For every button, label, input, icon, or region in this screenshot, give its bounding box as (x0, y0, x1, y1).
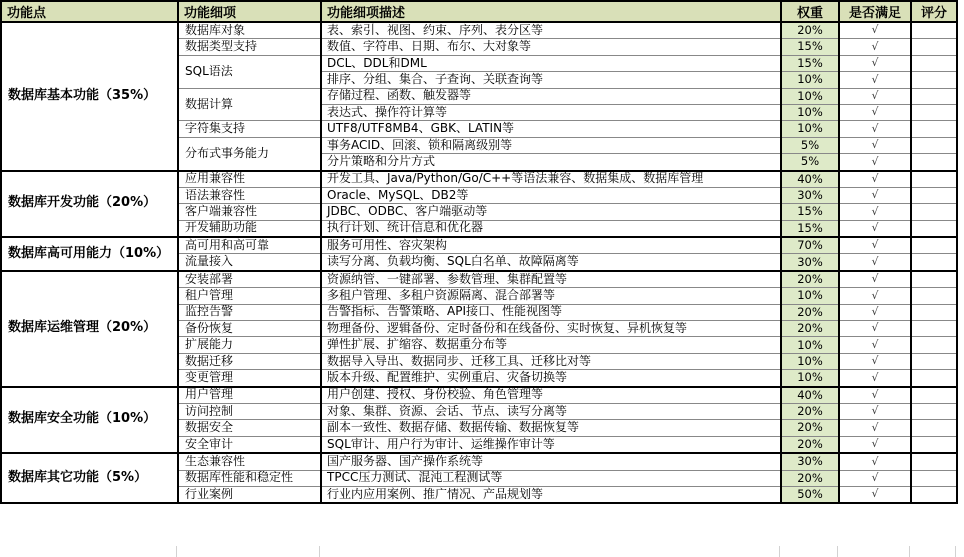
column-header-satisfied[interactable]: 是否满足 (839, 1, 911, 22)
weight-cell[interactable]: 20% (781, 271, 839, 288)
satisfied-checkmark-cell[interactable]: √ (839, 187, 911, 203)
weight-cell[interactable]: 10% (781, 104, 839, 120)
score-cell[interactable] (911, 154, 957, 171)
score-cell[interactable] (911, 470, 957, 486)
satisfied-checkmark-cell[interactable]: √ (839, 486, 911, 503)
table-row: 数据库高可用能力（10%）高可用和高可靠服务可用性、容灾架构70%√ (1, 237, 957, 254)
satisfied-checkmark-cell[interactable]: √ (839, 88, 911, 104)
weight-cell[interactable]: 50% (781, 486, 839, 503)
detail-cell[interactable]: 开发辅助功能 (178, 220, 321, 237)
satisfied-checkmark-cell[interactable]: √ (839, 237, 911, 254)
detail-cell[interactable]: 数据安全 (178, 420, 321, 436)
score-cell[interactable] (911, 403, 957, 419)
satisfied-checkmark-cell[interactable]: √ (839, 470, 911, 486)
description-cell[interactable]: SQL审计、用户行为审计、运维操作审计等 (321, 436, 781, 453)
description-cell[interactable]: 弹性扩展、扩缩容、数据重分布等 (321, 337, 781, 353)
score-cell[interactable] (911, 453, 957, 470)
function-point-cell[interactable]: 数据库开发功能（20%） (1, 171, 178, 238)
description-cell[interactable]: 执行计划、统计信息和优化器 (321, 220, 781, 237)
spreadsheet-region: 功能点功能细项功能细项描述权重是否满足评分 数据库基本功能（35%）数据库对象表… (0, 0, 964, 557)
weight-cell[interactable]: 20% (781, 420, 839, 436)
detail-cell[interactable]: 备份恢复 (178, 321, 321, 337)
description-cell[interactable]: TPCC压力测试、混沌工程测试等 (321, 470, 781, 486)
description-cell[interactable]: 表达式、操作符计算等 (321, 104, 781, 120)
score-cell[interactable] (911, 171, 957, 188)
description-cell[interactable]: 副本一致性、数据存储、数据传输、数据恢复等 (321, 420, 781, 436)
weight-cell[interactable]: 30% (781, 187, 839, 203)
detail-cell[interactable]: 流量接入 (178, 254, 321, 271)
score-cell[interactable] (911, 121, 957, 137)
detail-cell[interactable]: 安全审计 (178, 436, 321, 453)
detail-cell[interactable]: 应用兼容性 (178, 171, 321, 188)
weight-cell[interactable]: 10% (781, 72, 839, 88)
function-point-cell[interactable]: 数据库运维管理（20%） (1, 271, 178, 387)
gridline (909, 546, 910, 557)
column-header-description[interactable]: 功能细项描述 (321, 1, 781, 22)
satisfied-checkmark-cell[interactable]: √ (839, 121, 911, 137)
weight-cell[interactable]: 10% (781, 370, 839, 387)
satisfied-checkmark-cell[interactable]: √ (839, 337, 911, 353)
weight-cell[interactable]: 5% (781, 137, 839, 153)
score-cell[interactable] (911, 220, 957, 237)
score-cell[interactable] (911, 55, 957, 71)
score-cell[interactable] (911, 72, 957, 88)
weight-cell[interactable]: 20% (781, 403, 839, 419)
score-cell[interactable] (911, 436, 957, 453)
description-cell[interactable]: 分片策略和分片方式 (321, 154, 781, 171)
weight-cell[interactable]: 20% (781, 470, 839, 486)
gridline (837, 546, 838, 557)
description-cell[interactable]: UTF8/UTF8MB4、GBK、LATIN等 (321, 121, 781, 137)
description-cell[interactable]: 读写分离、负载均衡、SQL白名单、故障隔离等 (321, 254, 781, 271)
table-row: 数据库运维管理（20%）安装部署资源纳管、一键部署、参数管理、集群配置等20%√ (1, 271, 957, 288)
satisfied-checkmark-cell[interactable]: √ (839, 154, 911, 171)
weight-cell[interactable]: 20% (781, 321, 839, 337)
weight-cell[interactable]: 30% (781, 453, 839, 470)
detail-cell[interactable]: 生态兼容性 (178, 453, 321, 470)
score-cell[interactable] (911, 254, 957, 271)
detail-cell[interactable]: 访问控制 (178, 403, 321, 419)
score-cell[interactable] (911, 387, 957, 404)
function-point-cell[interactable]: 数据库基本功能（35%） (1, 22, 178, 171)
weight-cell[interactable]: 10% (781, 88, 839, 104)
description-cell[interactable]: 对象、集群、资源、会话、节点、读写分离等 (321, 403, 781, 419)
satisfied-checkmark-cell[interactable]: √ (839, 22, 911, 39)
description-cell[interactable]: 存储过程、函数、触发器等 (321, 88, 781, 104)
detail-cell[interactable]: 数据类型支持 (178, 39, 321, 55)
function-point-cell[interactable]: 数据库其它功能（5%） (1, 453, 178, 503)
score-cell[interactable] (911, 420, 957, 436)
weight-cell[interactable]: 15% (781, 204, 839, 220)
weight-cell[interactable]: 15% (781, 220, 839, 237)
column-header-function-point[interactable]: 功能点 (1, 1, 178, 22)
weight-cell[interactable]: 10% (781, 121, 839, 137)
satisfied-checkmark-cell[interactable]: √ (839, 39, 911, 55)
satisfied-checkmark-cell[interactable]: √ (839, 288, 911, 304)
table-row: 数据库其它功能（5%）生态兼容性国产服务器、国产操作系统等30%√ (1, 453, 957, 470)
score-cell[interactable] (911, 22, 957, 39)
detail-cell[interactable]: 用户管理 (178, 387, 321, 404)
description-cell[interactable]: 国产服务器、国产操作系统等 (321, 453, 781, 470)
score-cell[interactable] (911, 288, 957, 304)
weight-cell[interactable]: 10% (781, 288, 839, 304)
score-cell[interactable] (911, 39, 957, 55)
description-cell[interactable]: 用户创建、授权、身份校验、角色管理等 (321, 387, 781, 404)
description-cell[interactable]: DCL、DDL和DML (321, 55, 781, 71)
detail-cell[interactable]: 客户端兼容性 (178, 204, 321, 220)
detail-cell[interactable]: 变更管理 (178, 370, 321, 387)
description-cell[interactable]: Oracle、MySQL、DB2等 (321, 187, 781, 203)
detail-cell[interactable]: 语法兼容性 (178, 187, 321, 203)
description-cell[interactable]: 多租户管理、多租户资源隔离、混合部署等 (321, 288, 781, 304)
satisfied-checkmark-cell[interactable]: √ (839, 204, 911, 220)
weight-cell[interactable]: 40% (781, 387, 839, 404)
satisfied-checkmark-cell[interactable]: √ (839, 353, 911, 369)
detail-cell[interactable]: 字符集支持 (178, 121, 321, 137)
weight-cell[interactable]: 15% (781, 39, 839, 55)
satisfied-checkmark-cell[interactable]: √ (839, 137, 911, 153)
table-row: 数据库开发功能（20%）应用兼容性开发工具、Java/Python/Go/C++… (1, 171, 957, 188)
satisfied-checkmark-cell[interactable]: √ (839, 453, 911, 470)
score-cell[interactable] (911, 321, 957, 337)
header-row: 功能点功能细项功能细项描述权重是否满足评分 (1, 1, 957, 22)
description-cell[interactable]: 排序、分组、集合、子查询、关联查询等 (321, 72, 781, 88)
score-cell[interactable] (911, 187, 957, 203)
weight-cell[interactable]: 30% (781, 254, 839, 271)
satisfied-checkmark-cell[interactable]: √ (839, 55, 911, 71)
satisfied-checkmark-cell[interactable]: √ (839, 436, 911, 453)
satisfied-checkmark-cell[interactable]: √ (839, 304, 911, 320)
score-cell[interactable] (911, 353, 957, 369)
weight-cell[interactable]: 40% (781, 171, 839, 188)
satisfied-checkmark-cell[interactable]: √ (839, 254, 911, 271)
score-cell[interactable] (911, 370, 957, 387)
description-cell[interactable]: 版本升级、配置维护、实例重启、灾备切换等 (321, 370, 781, 387)
gridline (176, 546, 177, 557)
detail-cell[interactable]: 数据计算 (178, 88, 321, 121)
evaluation-table: 功能点功能细项功能细项描述权重是否满足评分 数据库基本功能（35%）数据库对象表… (0, 0, 958, 504)
gridline (779, 546, 780, 557)
partial-row-gridlines (0, 546, 964, 557)
function-point-cell[interactable]: 数据库高可用能力（10%） (1, 237, 178, 271)
column-header-detail[interactable]: 功能细项 (178, 1, 321, 22)
weight-cell[interactable]: 10% (781, 337, 839, 353)
score-cell[interactable] (911, 304, 957, 320)
detail-cell[interactable]: 租户管理 (178, 288, 321, 304)
detail-cell[interactable]: 监控告警 (178, 304, 321, 320)
weight-cell[interactable]: 20% (781, 22, 839, 39)
satisfied-checkmark-cell[interactable]: √ (839, 72, 911, 88)
description-cell[interactable]: 资源纳管、一键部署、参数管理、集群配置等 (321, 271, 781, 288)
detail-cell[interactable]: 扩展能力 (178, 337, 321, 353)
weight-cell[interactable]: 5% (781, 154, 839, 171)
satisfied-checkmark-cell[interactable]: √ (839, 271, 911, 288)
description-cell[interactable]: 物理备份、逻辑备份、定时备份和在线备份、实时恢复、异机恢复等 (321, 321, 781, 337)
score-cell[interactable] (911, 237, 957, 254)
table-row: 数据库基本功能（35%）数据库对象表、索引、视图、约束、序列、表分区等20%√ (1, 22, 957, 39)
detail-cell[interactable]: 安装部署 (178, 271, 321, 288)
satisfied-checkmark-cell[interactable]: √ (839, 104, 911, 120)
gridline (319, 546, 320, 557)
description-cell[interactable]: 事务ACID、回滚、锁和隔离级别等 (321, 137, 781, 153)
detail-cell[interactable]: 行业案例 (178, 486, 321, 503)
column-header-score[interactable]: 评分 (911, 1, 957, 22)
satisfied-checkmark-cell[interactable]: √ (839, 171, 911, 188)
score-cell[interactable] (911, 204, 957, 220)
satisfied-checkmark-cell[interactable]: √ (839, 220, 911, 237)
weight-cell[interactable]: 20% (781, 304, 839, 320)
detail-cell[interactable]: 高可用和高可靠 (178, 237, 321, 254)
score-cell[interactable] (911, 337, 957, 353)
satisfied-checkmark-cell[interactable]: √ (839, 420, 911, 436)
score-cell[interactable] (911, 486, 957, 503)
score-cell[interactable] (911, 271, 957, 288)
detail-cell[interactable]: 数据库对象 (178, 22, 321, 39)
score-cell[interactable] (911, 88, 957, 104)
score-cell[interactable] (911, 137, 957, 153)
column-header-weight[interactable]: 权重 (781, 1, 839, 22)
description-cell[interactable]: 数据导入导出、数据同步、迁移工具、迁移比对等 (321, 353, 781, 369)
description-cell[interactable]: 数值、字符串、日期、布尔、大对象等 (321, 39, 781, 55)
detail-cell[interactable]: SQL语法 (178, 55, 321, 88)
score-cell[interactable] (911, 104, 957, 120)
description-cell[interactable]: JDBC、ODBC、客户端驱动等 (321, 204, 781, 220)
weight-cell[interactable]: 15% (781, 55, 839, 71)
weight-cell[interactable]: 70% (781, 237, 839, 254)
weight-cell[interactable]: 20% (781, 436, 839, 453)
description-cell[interactable]: 服务可用性、容灾架构 (321, 237, 781, 254)
description-cell[interactable]: 开发工具、Java/Python/Go/C++等语法兼容、数据集成、数据库管理 (321, 171, 781, 188)
satisfied-checkmark-cell[interactable]: √ (839, 403, 911, 419)
detail-cell[interactable]: 数据迁移 (178, 353, 321, 369)
description-cell[interactable]: 告警指标、告警策略、API接口、性能视图等 (321, 304, 781, 320)
weight-cell[interactable]: 10% (781, 353, 839, 369)
satisfied-checkmark-cell[interactable]: √ (839, 370, 911, 387)
detail-cell[interactable]: 数据库性能和稳定性 (178, 470, 321, 486)
detail-cell[interactable]: 分布式事务能力 (178, 137, 321, 170)
satisfied-checkmark-cell[interactable]: √ (839, 387, 911, 404)
satisfied-checkmark-cell[interactable]: √ (839, 321, 911, 337)
table-row: 数据库安全功能（10%）用户管理用户创建、授权、身份校验、角色管理等40%√ (1, 387, 957, 404)
description-cell[interactable]: 表、索引、视图、约束、序列、表分区等 (321, 22, 781, 39)
gridline (955, 546, 956, 557)
description-cell[interactable]: 行业内应用案例、推广情况、产品规划等 (321, 486, 781, 503)
function-point-cell[interactable]: 数据库安全功能（10%） (1, 387, 178, 454)
